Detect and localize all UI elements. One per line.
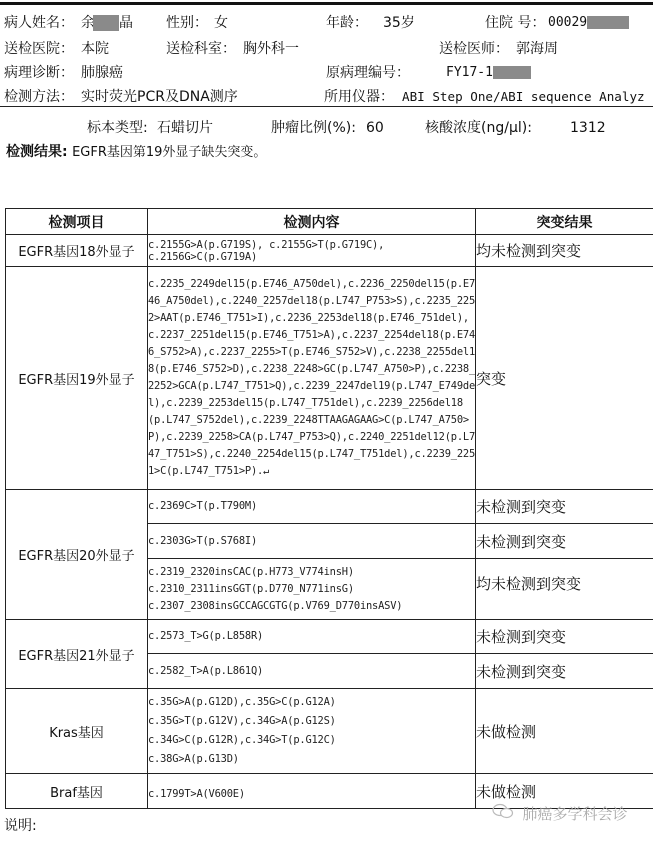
specimen-type-label: 标本类型: xyxy=(87,117,148,139)
info-row-2: 送检医院： 本院 送检科室： 胸外科一 送检医师： 郭海周 xyxy=(0,37,653,61)
redaction-block xyxy=(587,16,629,29)
patient-name-label: 病人姓名： xyxy=(4,11,74,35)
admission-label: 住院 号： xyxy=(485,11,545,35)
result-cell: 均未检测到突变 xyxy=(476,559,653,620)
result-cell: 未检测到突变 xyxy=(476,524,653,559)
results-table: 检测项目 检测内容 突变结果 EGFR基因18外显子 c.2155G>A(p.G… xyxy=(5,208,653,809)
header-result: 突变结果 xyxy=(476,209,653,235)
content-cell: c.2235_2249del15(p.E746_A750del),c.2236_… xyxy=(148,267,476,490)
table-row-egfr19: EGFR基因19外显子 c.2235_2249del15(p.E746_A750… xyxy=(6,267,653,490)
content-cell: c.1799T>A(V600E) xyxy=(148,774,476,809)
specimen-row: 标本类型: 石蜡切片 肿瘤比例(%): 60 核酸浓度(ng/μl): 1312 xyxy=(0,117,653,139)
result-cell: 未做检测 xyxy=(476,689,653,774)
diagnosis-label: 病理诊断： xyxy=(4,61,74,85)
item-cell: EGFR基因19外显子 xyxy=(6,267,148,490)
table-row-egfr21-a: EGFR基因21外显子 c.2573_T>G(p.L858R) 未检测到突变 xyxy=(6,620,653,654)
content-line: c.35G>T(p.G12V),c.34G>A(p.G12S) xyxy=(148,712,475,731)
content-cell: c.35G>A(p.G12D),c.35G>C(p.G12A) c.35G>T(… xyxy=(148,689,476,774)
result-cell: 未检测到突变 xyxy=(476,490,653,524)
detection-result: 检测结果: EGFR基因第19外显子缺失突变。 xyxy=(6,141,266,164)
result-cell: 未检测到突变 xyxy=(476,654,653,689)
doctor-value: 郭海周 xyxy=(516,37,558,61)
pathology-no-value: FY17-1 xyxy=(446,61,531,85)
pathology-no-label: 原病理编号： xyxy=(326,61,410,85)
content-line: c.2319_2320insCAC(p.H773_V774insH) xyxy=(148,564,475,581)
content-line: c.2155G>A(p.G719S), c.2155G>T(p.G719C), xyxy=(148,239,475,251)
instrument-label: 所用仪器： xyxy=(324,85,394,109)
admission-number: 00029 xyxy=(548,15,587,30)
info-row-4: 检测方法： 实时荧光PCR及DNA测序 所用仪器： ABI Step One/A… xyxy=(0,85,653,109)
item-cell: Kras基因 xyxy=(6,689,148,774)
tumor-ratio-label: 肿瘤比例(%): xyxy=(271,117,356,139)
gender-value: 女 xyxy=(214,11,228,35)
pathology-no-text: FY17-1 xyxy=(446,65,493,80)
item-cell: Braf基因 xyxy=(6,774,148,809)
instrument-value: ABI Step One/ABI sequence Analyz xyxy=(402,85,645,109)
hospital-label: 送检医院： xyxy=(4,37,74,61)
content-line: c.2307_2308insGCCAGCGTG(p.V769_D770insAS… xyxy=(148,598,475,615)
content-line: c.34G>C(p.G12R),c.34G>T(p.G12C) xyxy=(148,731,475,750)
method-label: 检测方法： xyxy=(4,85,74,109)
content-cell: c.2155G>A(p.G719S), c.2155G>T(p.G719C), … xyxy=(148,235,476,267)
table-row-egfr18: EGFR基因18外显子 c.2155G>A(p.G719S), c.2155G>… xyxy=(6,235,653,267)
watermark: 肺癌多学科会诊 xyxy=(492,803,627,824)
redaction-block xyxy=(93,15,119,31)
gender-label: 性别： xyxy=(166,11,208,35)
department-value: 胸外科一 xyxy=(243,37,299,61)
wechat-icon xyxy=(492,807,518,823)
content-cell: c.2369C>T(p.T790M) xyxy=(148,490,476,524)
item-cell: EGFR基因21外显子 xyxy=(6,620,148,689)
tumor-ratio-value: 60 xyxy=(366,117,384,139)
table-row-egfr20-a: EGFR基因20外显子 c.2369C>T(p.T790M) 未检测到突变 xyxy=(6,490,653,524)
age-value: 35岁 xyxy=(383,11,415,35)
content-line: c.35G>A(p.G12D),c.35G>C(p.G12A) xyxy=(148,693,475,712)
info-row-3: 病理诊断： 肺腺癌 原病理编号： FY17-1 xyxy=(0,61,653,85)
table-row-kras: Kras基因 c.35G>A(p.G12D),c.35G>C(p.G12A) c… xyxy=(6,689,653,774)
patient-info-section: 病人姓名： 余晶 性别： 女 年龄： 35岁 住院 号： 00029 送检医院：… xyxy=(0,2,653,107)
detection-result-label: 检测结果: xyxy=(6,144,68,160)
item-cell: EGFR基因18外显子 xyxy=(6,235,148,267)
detection-result-value: EGFR基因第19外显子缺失突变。 xyxy=(72,145,266,160)
method-value: 实时荧光PCR及DNA测序 xyxy=(81,85,238,109)
content-cell: c.2573_T>G(p.L858R) xyxy=(148,620,476,654)
content-cell: c.2303G>T(p.S768I) xyxy=(148,524,476,559)
header-content: 检测内容 xyxy=(148,209,476,235)
table-header-row: 检测项目 检测内容 突变结果 xyxy=(6,209,653,235)
diagnosis-value: 肺腺癌 xyxy=(81,61,123,85)
item-cell: EGFR基因20外显子 xyxy=(6,490,148,620)
result-cell: 均未检测到突变 xyxy=(476,235,653,267)
info-row-1: 病人姓名： 余晶 性别： 女 年龄： 35岁 住院 号： 00029 xyxy=(0,11,653,35)
content-line: c.2310_2311insGGT(p.D770_N771insG) xyxy=(148,581,475,598)
result-cell: 未检测到突变 xyxy=(476,620,653,654)
nucleic-acid-label: 核酸浓度(ng/μl): xyxy=(425,117,532,139)
note-label: 说明: xyxy=(4,815,37,835)
admission-value: 00029 xyxy=(548,11,629,35)
department-label: 送检科室： xyxy=(166,37,236,61)
redaction-block xyxy=(493,66,531,79)
nucleic-acid-value: 1312 xyxy=(570,117,606,139)
content-cell: c.2319_2320insCAC(p.H773_V774insH) c.231… xyxy=(148,559,476,620)
doctor-label: 送检医师： xyxy=(439,37,509,61)
hospital-value: 本院 xyxy=(81,37,109,61)
age-label: 年龄： xyxy=(326,11,368,35)
content-line: c.38G>A(p.G13D) xyxy=(148,750,475,769)
specimen-type-value: 石蜡切片 xyxy=(157,117,213,139)
result-cell: 突变 xyxy=(476,267,653,490)
header-item: 检测项目 xyxy=(6,209,148,235)
content-line: c.2156G>C(p.G719A) xyxy=(148,251,475,263)
watermark-text: 肺癌多学科会诊 xyxy=(522,805,627,823)
content-cell: c.2582_T>A(p.L861Q) xyxy=(148,654,476,689)
patient-name-suffix: 晶 xyxy=(119,15,133,31)
patient-name-value: 余晶 xyxy=(81,11,133,35)
